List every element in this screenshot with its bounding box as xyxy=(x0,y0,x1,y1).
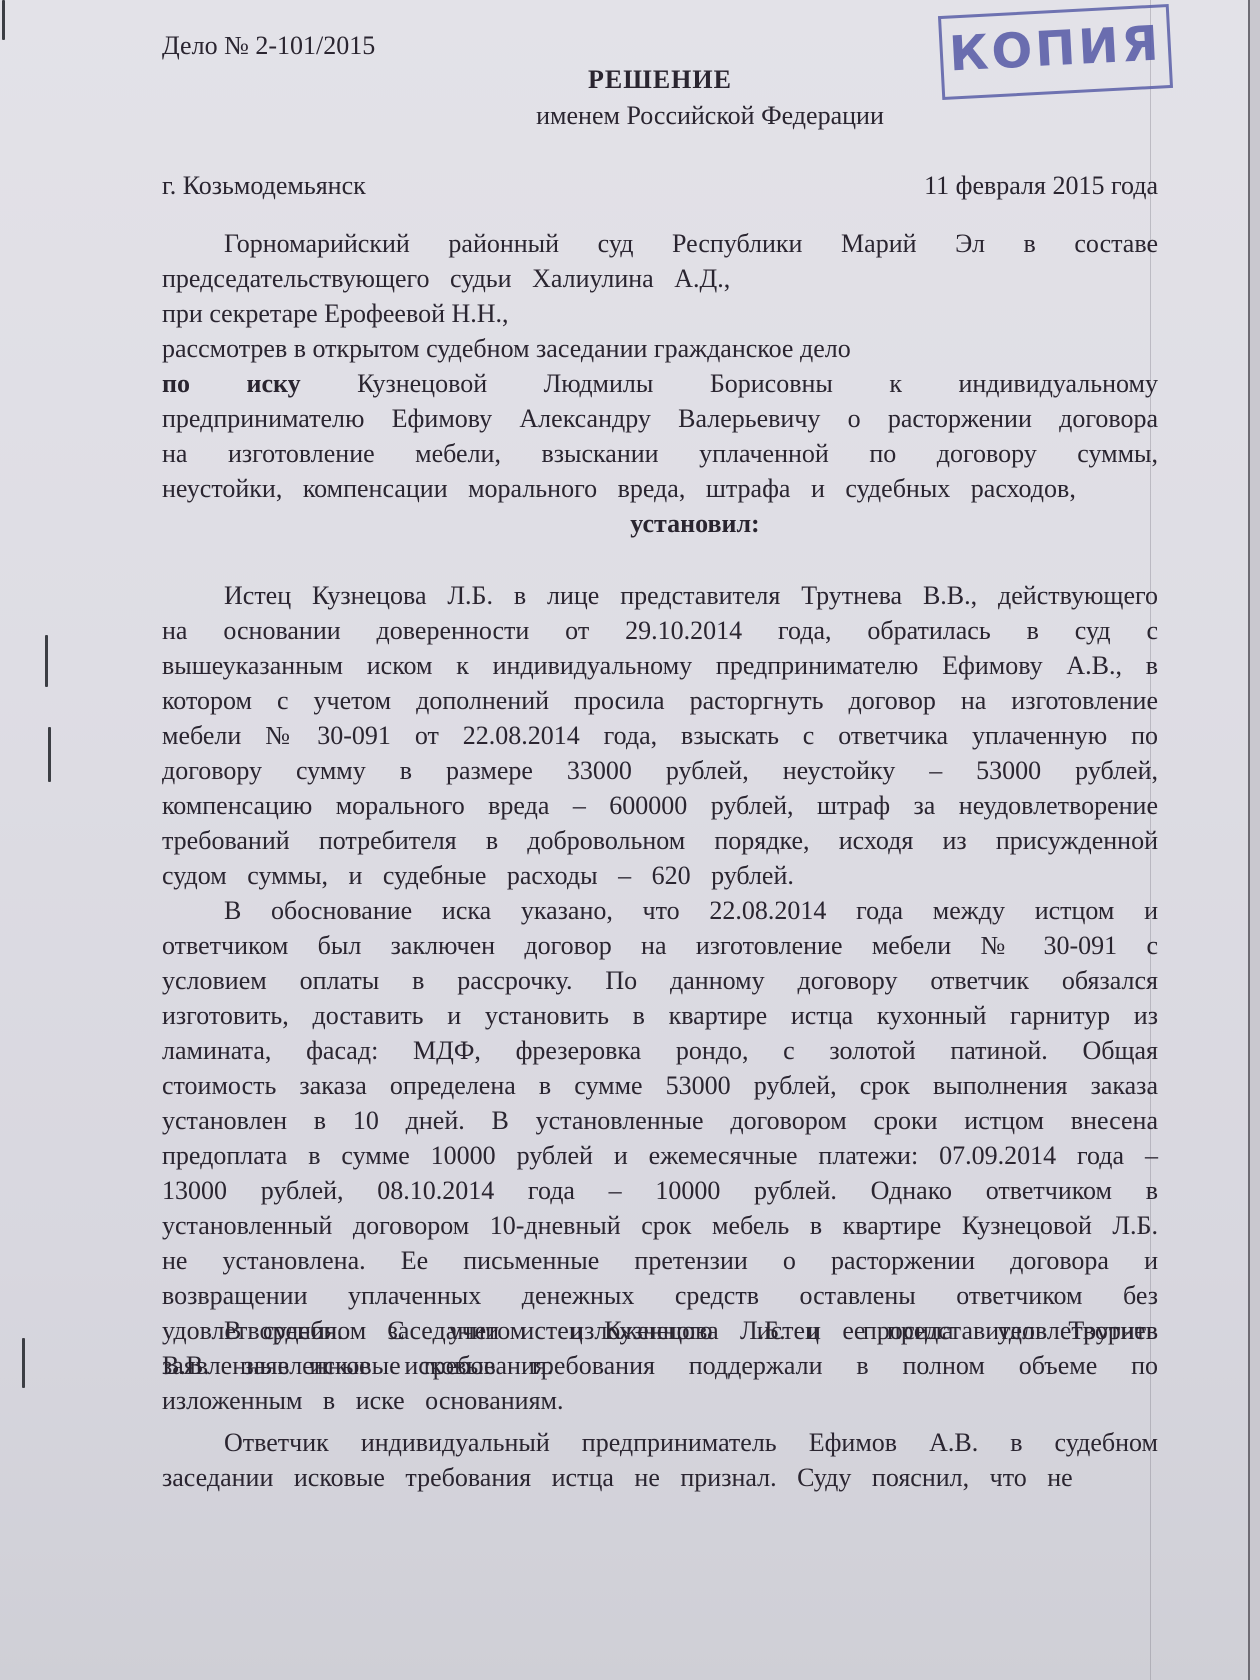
court-composition: Горномарийский районный суд Республики М… xyxy=(162,226,1158,296)
decision-date: 11 февраля 2015 года xyxy=(924,168,1158,203)
claim-text: Кузнецовой Людмилы Борисовны к индивидуа… xyxy=(162,369,1158,503)
section-heading: установил: xyxy=(162,506,1158,541)
document-title: РЕШЕНИЕ xyxy=(162,62,1158,97)
paragraph: В судебном заседании истец Кузнецова Л.Б… xyxy=(162,1313,1158,1418)
claim-lead: по иску xyxy=(162,369,301,398)
document-subtitle: именем Российской Федерации xyxy=(162,98,1158,133)
case-number: Дело № 2-101/2015 xyxy=(162,28,375,63)
page-edge xyxy=(1248,0,1260,1680)
margin-mark xyxy=(2,0,5,40)
hearing-line: рассмотрев в открытом судебном заседании… xyxy=(162,331,1158,366)
margin-mark xyxy=(22,1338,25,1388)
paragraph: Истец Кузнецова Л.Б. в лице представител… xyxy=(162,578,1158,893)
secretary-line: при секретаре Ерофеевой Н.Н., xyxy=(162,296,1158,331)
margin-mark xyxy=(48,727,51,782)
paragraph: В обоснование иска указано, что 22.08.20… xyxy=(162,893,1158,1383)
claim-description: по иску Кузнецовой Людмилы Борисовны к и… xyxy=(162,366,1158,506)
paragraph: Ответчик индивидуальный предприниматель … xyxy=(162,1425,1158,1495)
margin-mark xyxy=(45,635,48,687)
place: г. Козьмодемьянск xyxy=(162,168,366,203)
